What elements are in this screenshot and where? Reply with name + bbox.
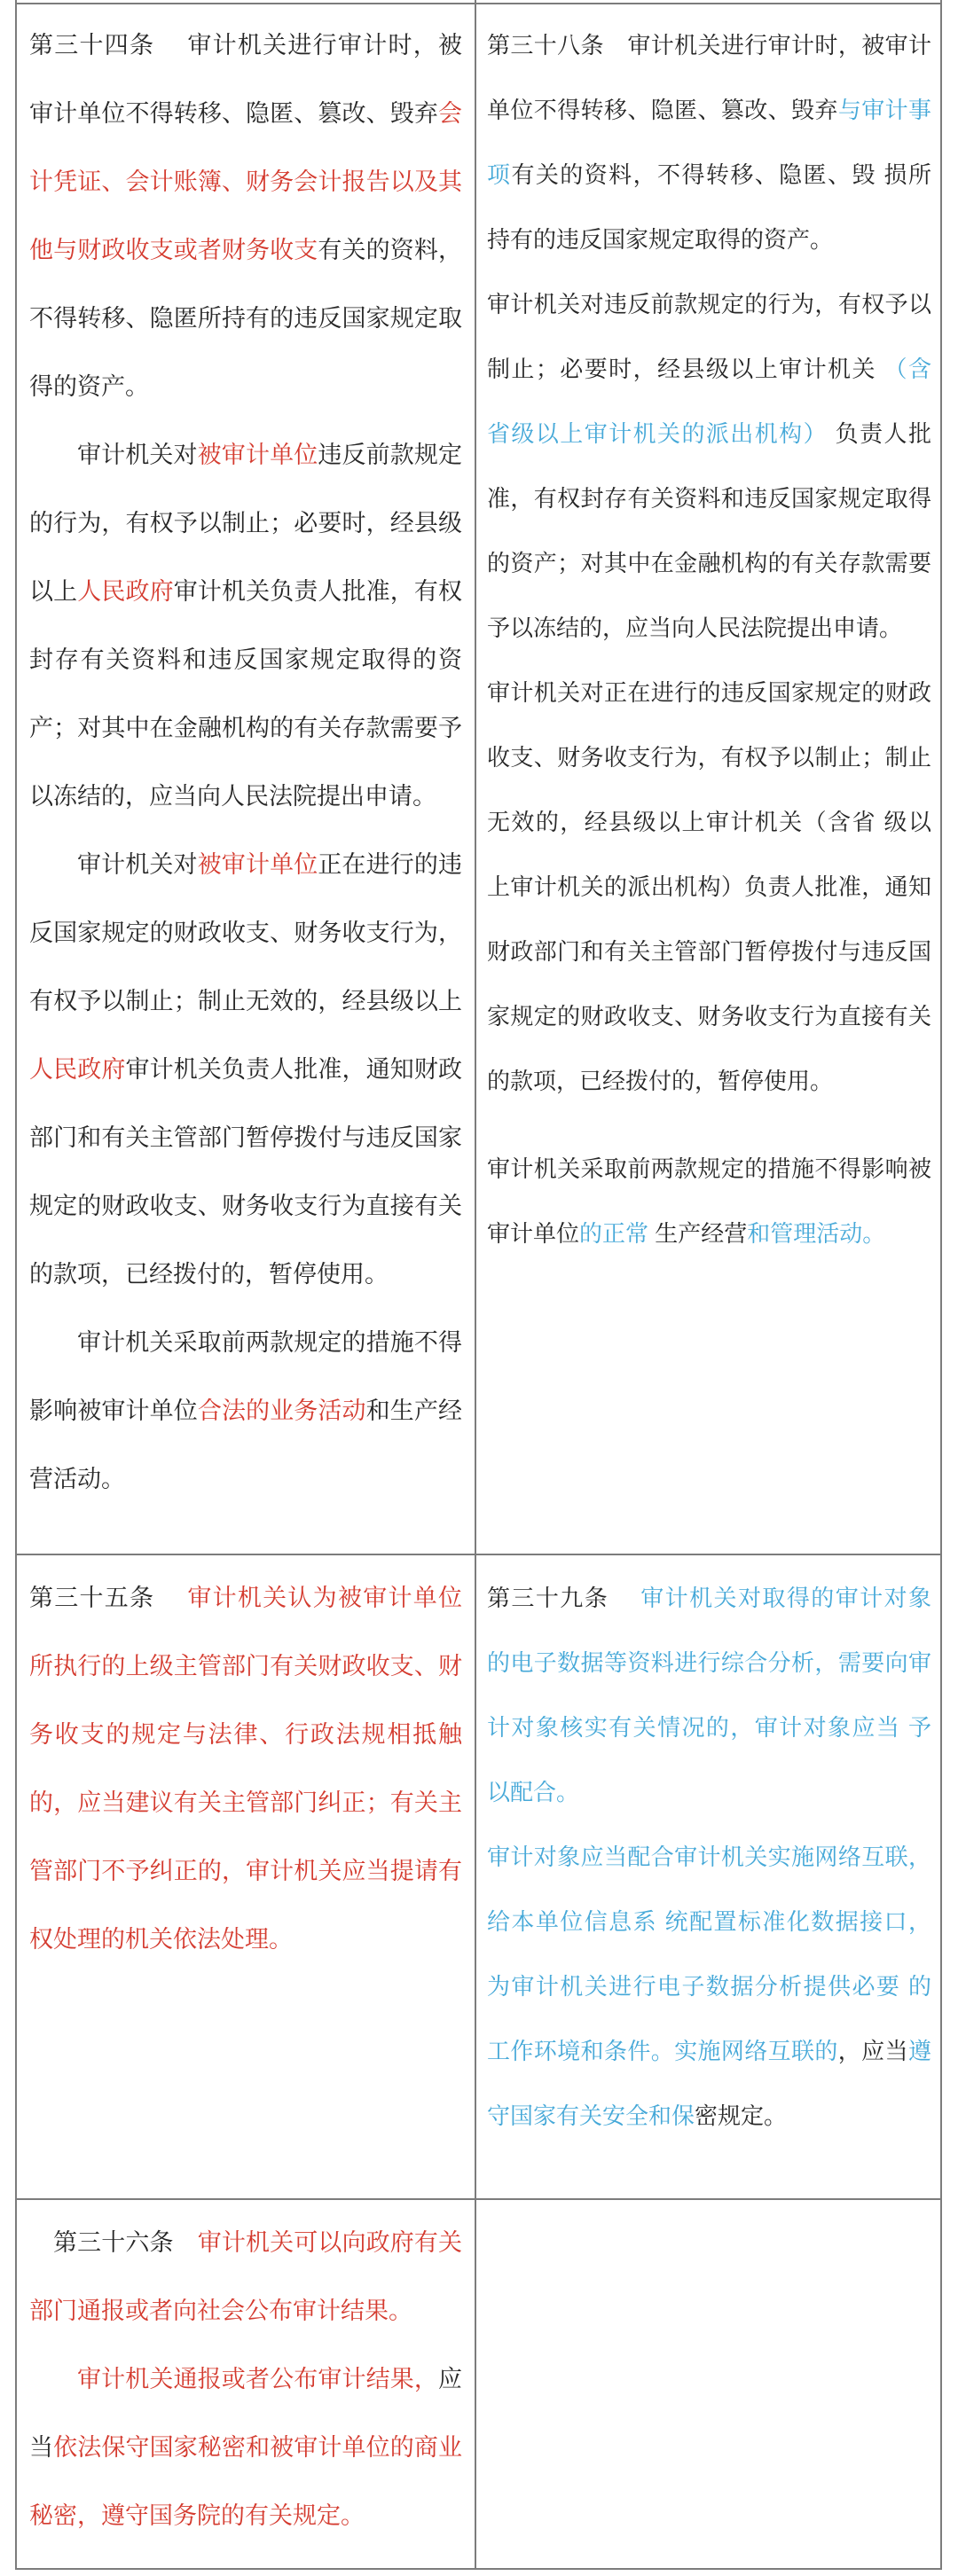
table-border-row2 xyxy=(15,2198,942,2200)
paragraph: 第三十六条 审计机关可以向政府有关部门通报或者向社会公布审计结果。 xyxy=(29,2209,462,2345)
text-run-black: 第三十九条 xyxy=(487,1585,640,1611)
text-run-black: 审计机关对 xyxy=(77,442,198,468)
text-run-blue: 审计对象应当配合审计机关实施网络互联，给本单位信息系 统配置标准化数据接口，为审… xyxy=(487,1844,931,2064)
text-run-black: 第三十六条 xyxy=(53,2229,198,2256)
paragraph: 审计机关通报或者公布审计结果，应当依法保守国家秘密和被审计单位的商业秘密，遵守国… xyxy=(29,2345,462,2550)
cell-empty xyxy=(478,2202,938,2566)
text-run-red: 审计机关认为被审计单位所执行的上级主管部门有关财政收支、财务收支的规定与法律、行… xyxy=(29,1585,462,1953)
text-run-red: 人民政府 xyxy=(29,1056,125,1083)
text-run-black: 审计机关负责人批准，通知财政部门和有关主管部门暂停拨付与违反国家规定的财政收支、… xyxy=(29,1056,462,1288)
text-run-red: 合法的业务活动 xyxy=(198,1398,366,1424)
law-comparison-page: 第三十四条 审计机关进行审计时，被审计单位不得转移、隐匿、篡改、毁弃会计凭证、会… xyxy=(0,0,958,2576)
table-border-bottom xyxy=(15,2568,942,2570)
cell-article-38-new: 第三十八条 审计机关进行审计时，被审计单位不得转移、隐匿、篡改、毁弃与审计事项有… xyxy=(478,4,938,1552)
text-run-black: 负责人批准，有权封存有关资料和违反国家规定取得的资产；对其中在金融机构的有关存款… xyxy=(487,420,931,641)
text-run-black: 密规定。 xyxy=(695,2102,787,2129)
paragraph: 审计机关对正在进行的违反国家规定的财政收支、财务收支行为，有权予以制止；制止无效… xyxy=(487,661,931,1114)
text-run-black: 第三十四条 审计机关进行审计时，被审计单位不得转移、隐匿、篡改、毁弃 xyxy=(29,32,462,127)
text-run-red: 人民政府 xyxy=(77,578,173,605)
paragraph: 第三十五条 审计机关认为被审计单位所执行的上级主管部门有关财政收支、财务收支的规… xyxy=(29,1564,462,1974)
text-run-red: 审计机关通报或者公布审计结果， xyxy=(77,2366,438,2392)
paragraph: 审计机关对被审计单位违反前款规定的行为，有权予以制止；必要时，经县级以上人民政府… xyxy=(29,421,462,831)
table-border-row1 xyxy=(15,1554,942,1555)
cell-article-35-old: 第三十五条 审计机关认为被审计单位所执行的上级主管部门有关财政收支、财务收支的规… xyxy=(17,1557,473,2196)
text-run-black: 审计机关对违反前款规定的行为，有权予以制止；必要时，经县级以上审计机关 xyxy=(487,291,931,382)
cell-article-39-new: 第三十九条 审计机关对取得的审计对象的电子数据等资料进行综合分析，需要向审计对象… xyxy=(478,1557,938,2196)
paragraph: 审计机关对被审计单位正在进行的违反国家规定的财政收支、财务收支行为，有权予以制止… xyxy=(29,831,462,1309)
text-run-black: 审计机关负责人批准，有权封存有关资料和违反国家规定取得的资产；对其中在金融机构的… xyxy=(29,578,462,810)
paragraph: 审计机关对违反前款规定的行为，有权予以制止；必要时，经县级以上审计机关 （含省级… xyxy=(487,272,931,661)
cell-article-34-old: 第三十四条 审计机关进行审计时，被审计单位不得转移、隐匿、篡改、毁弃会计凭证、会… xyxy=(17,4,473,1552)
table-border-right xyxy=(940,0,942,2570)
paragraph: 审计对象应当配合审计机关实施网络互联，给本单位信息系 统配置标准化数据接口，为审… xyxy=(487,1825,931,2149)
text-run-red: 被审计单位 xyxy=(198,851,318,878)
text-run-blue: 的正常 xyxy=(579,1220,648,1247)
cell-article-36-old: 第三十六条 审计机关可以向政府有关部门通报或者向社会公布审计结果。审计机关通报或… xyxy=(17,2202,473,2566)
text-run-black: ，应当 xyxy=(838,2038,908,2064)
paragraph: 第三十八条 审计机关进行审计时，被审计单位不得转移、隐匿、篡改、毁弃与审计事项有… xyxy=(487,13,931,272)
text-run-blue: 和管理活动。 xyxy=(747,1220,885,1247)
paragraph: 第三十九条 审计机关对取得的审计对象的电子数据等资料进行综合分析，需要向审计对象… xyxy=(487,1566,931,1825)
text-run-black: 生产经营 xyxy=(648,1220,747,1247)
paragraph: 审计机关采取前两款规定的措施不得影响被审计单位的正常 生产经营和管理活动。 xyxy=(487,1137,931,1266)
text-run-black: 审计机关对 xyxy=(77,851,198,878)
text-run-red: 依法保守国家秘密和被审计单位的商业秘密，遵守国务院的有关规定。 xyxy=(29,2434,462,2529)
text-run-black: 审计机关对正在进行的违反国家规定的财政收支、财务收支行为，有权予以制止；制止无效… xyxy=(487,679,931,1094)
text-run-red: 被审计单位 xyxy=(198,442,318,468)
text-run-black: 第三十五条 xyxy=(29,1585,187,1611)
table-border-divider xyxy=(475,0,476,2570)
paragraph: 审计机关采取前两款规定的措施不得影响被审计单位合法的业务活动和生产经营活动。 xyxy=(29,1309,462,1514)
paragraph: 第三十四条 审计机关进行审计时，被审计单位不得转移、隐匿、篡改、毁弃会计凭证、会… xyxy=(29,12,462,421)
text-run-black: 有关的资料，不得转移、隐匿、毁 损所持有的违反国家规定取得的资产。 xyxy=(487,161,931,253)
text-run-blue: 审计机关对取得的审计对象的电子数据等资料进行综合分析，需要向审计对象核实有关情况… xyxy=(487,1585,931,1805)
